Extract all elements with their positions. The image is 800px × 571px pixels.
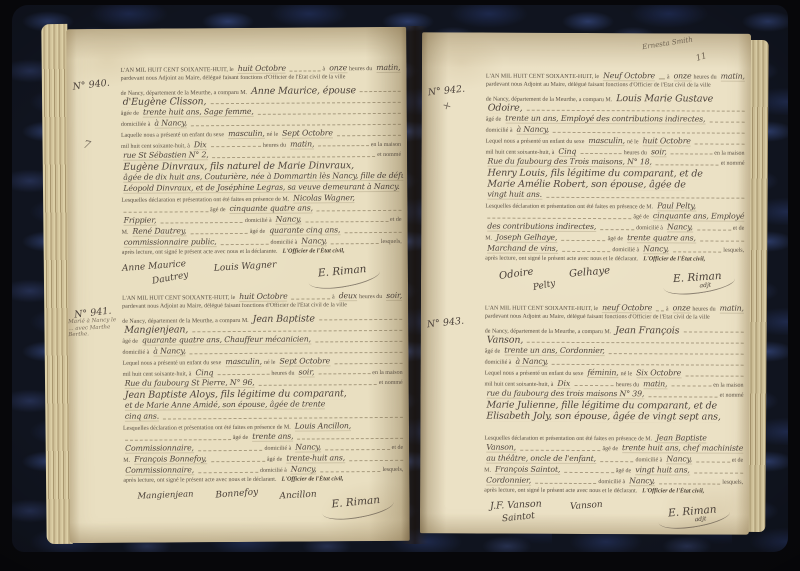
blank-rule [694, 472, 743, 473]
blank-rule [600, 461, 634, 462]
printed-form-text: Lequel nous a présenté un enfant du sexe [123, 360, 222, 367]
blank-rule [125, 439, 231, 441]
printed-form-text: né le [264, 360, 276, 366]
blank-rule [656, 165, 719, 166]
handwritten-entry: Jean François [615, 325, 679, 336]
handwritten-entry: à Nancy, [153, 346, 186, 356]
blank-rule [562, 251, 610, 252]
handwritten-entry: Commissionnaire, [125, 443, 194, 453]
handwritten-entry: trente un ans, Cordonnier, [504, 346, 605, 356]
record-margin: N° 940.7 [72, 65, 122, 294]
blank-rule [191, 124, 401, 126]
printed-form-text: M. [484, 468, 491, 474]
record-line: après lecture, ont signé le présent acte… [484, 486, 745, 498]
blank-rule [325, 449, 390, 450]
signature-block: Anne MauriceLouis WagnerDautreyE. Riman [122, 259, 404, 293]
record-margin: N° 942.+ [427, 70, 486, 299]
handwritten-entry: vingt huit ans, [635, 465, 690, 475]
blank-rule [211, 461, 265, 462]
blank-rule [163, 417, 403, 420]
handwritten-entry: quarante cinq ans, [269, 225, 340, 235]
handwritten-entry: Elisabeth Joly, son épouse, âgée de ving… [486, 411, 720, 423]
handwritten-entry: Dix [194, 140, 207, 150]
handwritten-entry: Jean Baptiste [253, 313, 315, 325]
blank-rule [259, 384, 377, 386]
printed-form-text: pardevant nous Adjoint au Maire, délégué… [485, 313, 710, 320]
printed-form-text: lesquels, [722, 479, 743, 485]
signature-block: OdoireGelhayePeltyE. Rimanadjt [485, 267, 746, 300]
handwritten-entry: Rue du faubourg des Trois maisons, N° 18… [488, 157, 652, 168]
handwritten-entry: à Nancy, [154, 118, 187, 128]
handwritten-entry: soir, [651, 147, 667, 157]
printed-form-text: et nommé [721, 161, 745, 167]
handwritten-entry: Nancy, [629, 476, 655, 486]
printed-form-text: âgé de [250, 229, 266, 235]
printed-form-text: domicilié à [264, 446, 291, 452]
handwritten-entry: matin, [721, 72, 745, 82]
margin-note: Berthe. [68, 330, 122, 339]
handwritten-entry: au théâtre, oncle de l'enfant, [486, 454, 596, 464]
handwritten-entry: Cinq [195, 368, 213, 378]
printed-form-text: M. [485, 236, 492, 242]
blank-rule [319, 319, 402, 321]
handwritten-entry: masculin, [228, 129, 265, 139]
blank-rule [574, 385, 614, 386]
handwritten-entry: Cordonnier, [486, 475, 531, 485]
printed-form-text: lesquels, [382, 467, 403, 473]
handwritten-entry: Paul Pelty, [657, 201, 696, 211]
signature: Odoire [498, 267, 534, 283]
handwritten-entry: huit Octobre [239, 292, 287, 302]
handwritten-entry: Nancy, [643, 244, 669, 254]
blank-rule [673, 251, 721, 252]
blank-rule [695, 143, 745, 144]
handwritten-entry: trente-huit ans, [286, 453, 345, 463]
printed-form-text: Lesquelles déclaration et présentation o… [121, 196, 289, 203]
printed-form-text: âgé de [608, 236, 624, 242]
handwritten-entry: Louis Ancillon, [295, 421, 351, 431]
printed-form-text: âgé de [122, 339, 138, 345]
signature-block: MangienjeanBonnefoyAncillonE. Riman [123, 487, 405, 521]
act-number: N° 940. [72, 76, 121, 92]
handwritten-entry: masculin, [588, 136, 625, 146]
handwritten-entry: cinq ans. [125, 411, 159, 421]
handwritten-entry: d'Eugène Clisson, [123, 97, 207, 108]
printed-form-text: heures du [349, 66, 372, 72]
printed-form-text: Lequel nous a présenté un enfant du sexe [485, 370, 584, 376]
signature-note: adjt [694, 516, 706, 524]
officer-signature: E. Riman [331, 494, 381, 511]
officer-signature: E. Rimanadjt [668, 504, 717, 520]
blank-rule [648, 397, 717, 398]
printed-form-text: âgé de [485, 349, 501, 355]
blank-rule [580, 153, 622, 154]
printed-form-text: et nommé [379, 380, 403, 386]
handwritten-entry: des contributions indirectes, [487, 222, 596, 232]
printed-form-text: domicilié à [612, 247, 639, 253]
blank-rule [671, 154, 713, 155]
officer-signature: E. Rimanadjt [673, 270, 722, 285]
birth-record: N° 942.+L'AN MIL HUIT CENT SOIXANTE-HUIT… [427, 70, 747, 300]
birth-record: N° 940.7L'AN MIL HUIT CENT SOIXANTE-HUIT… [72, 63, 404, 294]
record-body: L'AN MIL HUIT CENT SOIXANTE-HUIT, leNeuf… [485, 71, 747, 300]
handwritten-entry: Sept Octobre [279, 356, 330, 366]
handwritten-entry: rue du faubourg des trois maisons N° 39, [486, 389, 644, 400]
printed-form-text: heures du [616, 382, 639, 388]
printed-form-text: de Nancy, département de la Meurthe, a c… [485, 328, 611, 335]
blank-rule [561, 240, 605, 241]
handwritten-entry: François Bonnefoy, [134, 454, 207, 465]
handwritten-entry: huit Octobre [238, 64, 286, 74]
blank-rule [609, 353, 744, 355]
blank-rule [221, 243, 269, 244]
blank-rule [337, 135, 401, 136]
printed-form-text: M. [123, 458, 130, 464]
printed-form-text: de Nancy, département de la Meurthe, a c… [122, 318, 248, 325]
blank-rule [160, 222, 243, 224]
signature-note: adjt [699, 282, 711, 290]
blank-rule [331, 243, 379, 244]
handwritten-entry: Marchand de vins, [487, 243, 558, 253]
record-line: après lecture, ont signé le présent acte… [123, 474, 405, 487]
printed-form-text: domicilié à [598, 479, 625, 485]
handwritten-entry: matin, [643, 379, 667, 389]
handwritten-entry: Jean Baptiste [656, 433, 707, 443]
corner-annotation: Ernesta Smith [642, 36, 694, 52]
signature: Vanson [570, 500, 603, 512]
handwritten-entry: matin, [376, 63, 400, 73]
printed-form-text: et de [392, 445, 404, 451]
handwritten-entry: et de Marie Anne Amidé, son épouse, âgée… [125, 399, 325, 410]
printed-form-text: âgé de [486, 117, 502, 123]
handwritten-entry: matin, [290, 139, 314, 149]
handwritten-entry: Six Octobre [636, 368, 681, 378]
printed-form-text: de Nancy, département de la Meurthe, a c… [121, 90, 247, 97]
birth-record: N° 943.L'AN MIL HUIT CENT SOIXANTE-HUIT,… [426, 302, 746, 532]
handwritten-entry: Cinq [558, 146, 576, 156]
printed-form-text: après lecture, ont signé le présent acte… [484, 487, 637, 494]
blank-rule [700, 240, 744, 241]
printed-form-text: L'AN MIL HUIT CENT SOIXANTE-HUIT, le [120, 67, 233, 74]
signature: Dautrey [151, 271, 189, 287]
blank-rule [656, 310, 664, 311]
handwritten-entry: Rue du faubourg St Pierre, N° 96, [125, 378, 255, 389]
printed-form-text: après lecture, ont signé le présent acte… [485, 255, 638, 262]
printed-form-text: mil huit cent soixante-huit, à [485, 381, 554, 387]
handwritten-entry: vingt huit ans. [487, 189, 542, 199]
blank-rule [659, 483, 720, 484]
blank-rule [123, 211, 208, 213]
blank-rule [192, 330, 402, 332]
handwritten-entry: trente quatre ans, [627, 233, 696, 243]
handwritten-entry: cinquante ans, Employé [653, 212, 744, 222]
printed-form-text: domicilié à [635, 457, 662, 463]
handwritten-entry: Nancy, [667, 223, 693, 233]
printed-form-text: domicilié à [485, 360, 512, 366]
blank-rule [334, 363, 402, 364]
blank-rule [564, 472, 613, 473]
handwritten-entry: Joseph Gelhaye, [496, 233, 557, 243]
printed-form-text: en la maison [372, 369, 402, 375]
printed-form-text: domicilié à [486, 128, 513, 134]
handwritten-entry: trente ans, [252, 432, 293, 442]
record-line: vingt huit ans. [485, 189, 746, 201]
printed-form-text: mil huit cent soixante-huit, à [123, 371, 192, 377]
record-body: L'AN MIL HUIT CENT SOIXANTE-HUIT, lehuit… [122, 291, 406, 521]
printed-form-text: âgé de [633, 215, 649, 221]
record-line: domicilié àà Nancy, [486, 125, 747, 137]
record-line: Marchand de vins,domicilié àNancy,lesque… [485, 243, 746, 255]
blank-rule [520, 450, 601, 451]
printed-form-text: âgé de [267, 457, 283, 463]
handwritten-entry: François Saintot, [495, 465, 560, 475]
handwritten-entry: cinquante quatre ans, [229, 204, 312, 215]
blank-rule [696, 462, 730, 463]
record-line: de Nancy, département de la Meurthe, a c… [486, 92, 747, 104]
printed-form-text: en la maison [371, 141, 401, 147]
handwritten-entry: Léopold Dinvraux, et de Joséphine Legras… [123, 182, 399, 194]
printed-form-text: mil huit cent soixante-huit, à [121, 143, 190, 149]
blank-rule [527, 342, 744, 344]
handwritten-entry: Sept Octobre [282, 128, 333, 138]
printed-form-text: heures du [693, 74, 716, 80]
printed-form-text: en la maison [713, 382, 743, 388]
handwritten-entry: Nancy, [295, 443, 321, 453]
printed-form-text: de Nancy, département de la Meurthe, a c… [486, 96, 612, 103]
printed-form-text: heures du [359, 294, 382, 300]
record-line: Cordonnier,domicilié àNancy,lesquels, [484, 475, 745, 487]
officier-label: L'Officier de l'État civil, [281, 475, 343, 482]
blank-rule [292, 298, 330, 299]
handwritten-entry: Anne Maurice, épouse [251, 85, 356, 97]
printed-form-text: pardevant nous Adjoint au Maire, délégué… [121, 74, 346, 82]
handwritten-entry: matin, [720, 304, 744, 314]
blank-rule [553, 132, 745, 134]
blank-rule [190, 233, 247, 234]
blank-rule [305, 221, 388, 223]
blank-rule [535, 482, 596, 483]
blank-rule [349, 460, 403, 461]
blank-rule [297, 438, 403, 440]
handwritten-entry: Nancy, [291, 464, 317, 474]
printed-form-text: âgée de [121, 111, 139, 117]
record-margin: N° 943. [426, 302, 485, 531]
handwritten-entry: Frippier, [124, 216, 157, 226]
blank-rule [685, 375, 744, 376]
printed-form-text: heures du [271, 370, 294, 376]
handwritten-entry: rue St Sébastien N° 2, [123, 151, 209, 162]
handwritten-entry: Nancy, [301, 236, 327, 246]
signature: Saintot [502, 511, 536, 524]
blank-rule [659, 78, 665, 79]
signature-block: J.F. VansonVansonSaintotE. Rimanadjt [484, 499, 745, 532]
printed-form-text: en la maison [714, 150, 744, 156]
printed-form-text: Lesquelles déclaration et présentation o… [123, 424, 291, 431]
margin-mark: 7 [82, 138, 122, 160]
printed-form-text: pardevant nous Adjoint au Maire, délégué… [486, 81, 711, 88]
blank-rule [318, 146, 368, 147]
photograph-background: N° 940.7L'AN MIL HUIT CENT SOIXANTE-HUIT… [0, 0, 800, 571]
handwritten-entry: Dix [557, 378, 570, 388]
blank-rule [552, 364, 744, 366]
printed-form-text: L'AN MIL HUIT CENT SOIXANTE-HUIT, le [122, 295, 235, 302]
printed-form-text: L'AN MIL HUIT CENT SOIXANTE-HUIT, le [485, 306, 598, 312]
printed-form-text: Lesquelles déclaration et présentation o… [485, 203, 653, 210]
printed-form-text: et nommé [377, 152, 401, 158]
signature: Mangienjean [137, 490, 193, 502]
signature: Louis Wagner [214, 260, 277, 274]
handwritten-entry: huit Octobre [642, 136, 690, 146]
printed-form-text: et de [390, 217, 402, 223]
act-number: N° 943. [426, 314, 485, 331]
blank-rule [317, 210, 402, 212]
blank-rule [190, 352, 403, 354]
record-line: après lecture, ont signé le présent acte… [485, 254, 746, 266]
blank-rule [318, 374, 370, 375]
record-line: domicilié àà Nancy, [485, 357, 746, 369]
signature: Bonnefoy [215, 488, 258, 501]
record-body: L'AN MIL HUIT CENT SOIXANTE-HUIT, lehuit… [120, 63, 404, 293]
blank-rule [258, 113, 401, 115]
officier-label: L'Officier de l'État civil, [642, 487, 704, 494]
handwritten-entry: masculin, [225, 357, 262, 367]
printed-form-text: heures du [624, 150, 647, 156]
printed-form-text: à [667, 74, 670, 80]
handwritten-entry: onze [673, 303, 691, 313]
blank-rule [671, 386, 711, 387]
handwritten-entry: Louis Marie Gustave [616, 93, 713, 104]
printed-form-text: après lecture, ont signé le présent acte… [122, 248, 278, 255]
signature: Gelhaye [569, 266, 611, 280]
printed-form-text: heures du [692, 306, 715, 312]
handwritten-entry: soir, [298, 367, 314, 377]
printed-form-text: domiciliée à [121, 122, 151, 128]
record-margin: N° 941.Marié à Nancy le... avec MartheBe… [74, 293, 124, 522]
handwritten-entry: Neuf Octobre [603, 71, 655, 81]
signature: Ancillon [279, 490, 317, 502]
printed-form-text: pardevant nous Adjoint au Maire, délégué… [122, 302, 347, 310]
printed-form-text: âgé de [233, 435, 249, 441]
printed-form-text: lesquels, [381, 239, 402, 245]
printed-form-text: Laquelle nous a présenté un enfant du se… [121, 132, 224, 139]
right-page: Ernesta Smith 11 N° 942.+L'AN MIL HUIT C… [420, 32, 751, 534]
handwritten-entry: à Nancy, [516, 125, 549, 135]
blank-rule [344, 232, 401, 233]
printed-form-text: mil huit cent soixante-huit, à [486, 149, 555, 155]
record-line: de Nancy, département de la Meurthe, a c… [485, 324, 746, 336]
handwritten-entry: à Nancy, [515, 357, 548, 367]
blank-rule [210, 102, 400, 104]
handwritten-entry: Nancy, [276, 215, 302, 225]
handwritten-entry: quarante quatre ans, Chauffeur mécanicie… [142, 335, 311, 346]
handwritten-entry: René Dautrey, [132, 226, 186, 236]
folio-number: 11 [695, 51, 708, 64]
blank-rule [360, 91, 401, 92]
printed-form-text: après lecture, ont signé le présent acte… [123, 476, 276, 483]
handwritten-entry: Nicolas Wagner, [293, 193, 355, 203]
officier-label: L'Officier de l'État civil, [283, 247, 345, 254]
blank-rule [315, 341, 402, 343]
handwritten-entry: Commissionnaire, [125, 465, 194, 475]
printed-form-text: âgé de [616, 468, 632, 474]
handwritten-entry: neuf Octobre [602, 303, 652, 313]
blank-rule [487, 218, 631, 220]
printed-form-text: né le [627, 139, 639, 145]
officer-signature: E. Riman [317, 263, 367, 280]
printed-form-text: Lesquelles déclaration et présentation o… [484, 435, 652, 442]
signature: Pelty [532, 279, 556, 293]
printed-form-text: M. [122, 230, 129, 236]
printed-form-text: domicilié à [122, 350, 149, 356]
printed-form-text: domicilié à [260, 467, 287, 473]
officier-label: L'Officier de l'État civil, [643, 255, 705, 262]
printed-form-text: âgé de [602, 446, 618, 452]
blank-rule [198, 450, 263, 451]
printed-form-text: à [332, 294, 335, 300]
blank-rule [683, 332, 743, 333]
printed-form-text: et de [732, 458, 744, 464]
handwritten-entry: trente huit ans, Sage femme, [143, 107, 254, 118]
printed-form-text: à [666, 306, 669, 312]
handwritten-entry: deux [339, 291, 358, 301]
margin-mark: + [441, 98, 487, 121]
printed-form-text: L'AN MIL HUIT CENT SOIXANTE-HUIT, le [486, 74, 599, 80]
record-line: après lecture, ont signé le présent acte… [122, 246, 404, 259]
record-line: Elisabeth Joly, son épouse, âgée de ving… [484, 411, 745, 423]
handwritten-entry: Vanson, [486, 443, 516, 453]
blank-rule [211, 146, 261, 147]
printed-form-text: et nommé [720, 393, 744, 399]
printed-form-text: domicilié à [270, 239, 297, 245]
blank-rule [527, 110, 745, 112]
printed-form-text: né le [267, 131, 279, 137]
handwritten-entry: Nancy, [666, 455, 692, 465]
record-body: L'AN MIL HUIT CENT SOIXANTE-HUIT, leneuf… [484, 303, 746, 532]
blank-rule [709, 122, 744, 123]
printed-form-text: Lequel nous a présenté un enfant du sexe [486, 138, 585, 144]
printed-form-text: domicilié à [245, 218, 272, 224]
handwritten-entry: soir, [386, 291, 402, 301]
printed-form-text: domicilié à [636, 225, 663, 231]
blank-rule [290, 70, 321, 71]
handwritten-entry: onze [674, 71, 692, 81]
blank-rule [546, 196, 744, 198]
birth-record: N° 941.Marié à Nancy le... avec MartheBe… [74, 291, 406, 522]
handwritten-entry: Mangienjean, [124, 325, 188, 336]
printed-form-text: et de [733, 226, 745, 232]
handwritten-entry: trente huit ans, chef machiniste [622, 444, 743, 455]
left-page: N° 940.7L'AN MIL HUIT CENT SOIXANTE-HUIT… [66, 27, 410, 543]
blank-rule [600, 229, 634, 230]
printed-form-text: heures du [263, 142, 286, 148]
handwritten-entry: trente un ans, Employé des contributions… [505, 114, 705, 125]
printed-form-text: né le [621, 371, 633, 377]
blank-rule [198, 472, 258, 473]
handwritten-entry: commissionnaire public, [124, 237, 217, 248]
blank-rule [321, 471, 381, 472]
act-number: N° 942. [427, 82, 486, 99]
handwritten-entry: féminin, [587, 368, 618, 378]
blank-rule [213, 156, 376, 158]
blank-rule [217, 374, 269, 375]
handwritten-entry: onze [329, 63, 347, 73]
printed-form-text: âgé de [210, 207, 226, 213]
printed-form-text: lesquels, [723, 247, 744, 253]
printed-form-text: à [323, 66, 326, 72]
blank-rule [697, 230, 731, 231]
